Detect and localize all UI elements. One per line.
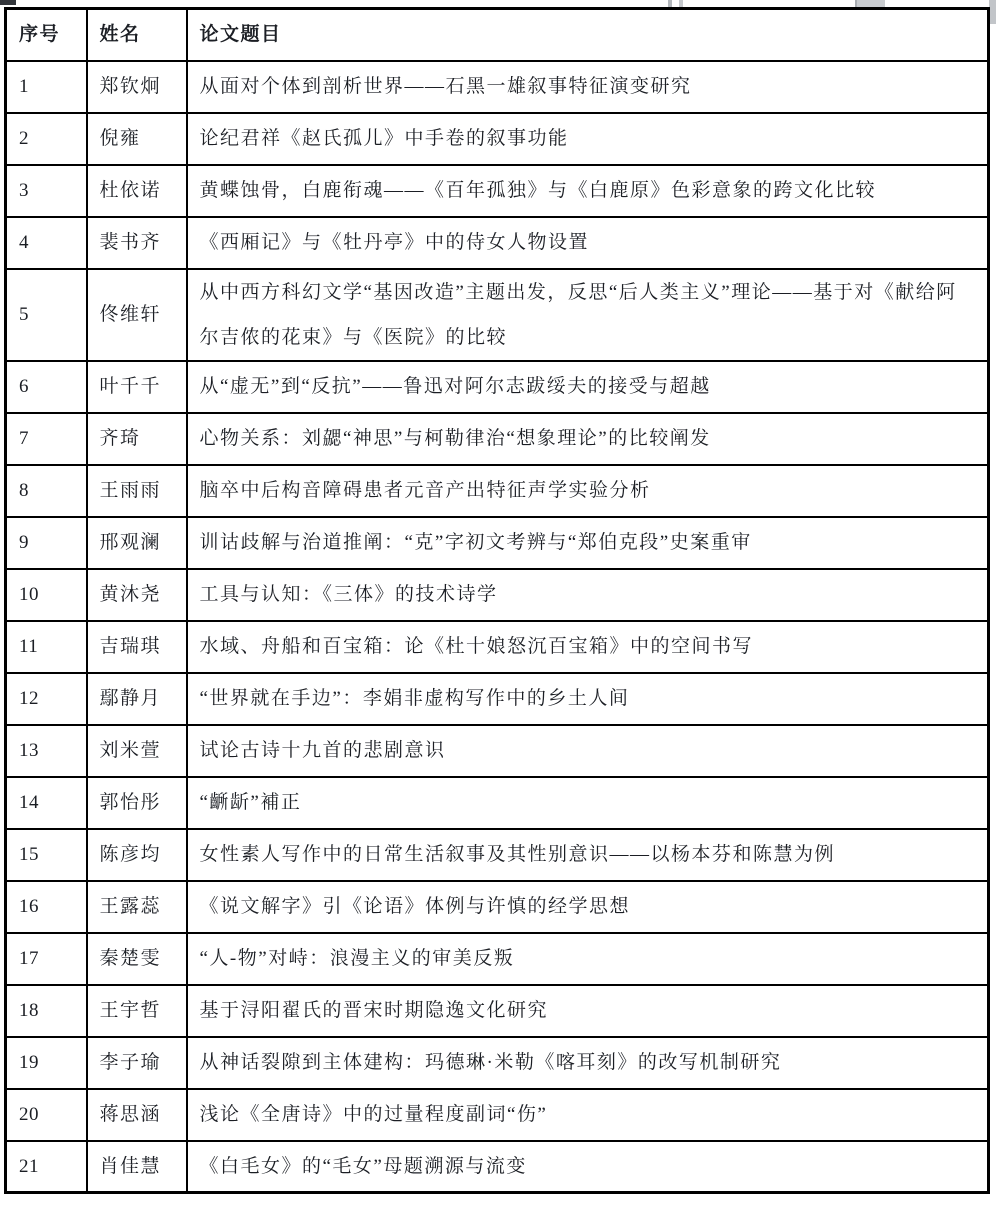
crop-artifact-topleft	[0, 0, 16, 5]
table-row: 7 齐琦 心物关系：刘勰“神思”与柯勒律治“想象理论”的比较阐发	[6, 413, 989, 465]
row-index-cell: 13	[6, 725, 87, 777]
table-row: 12 鄢静月 “世界就在手边”：李娟非虚构写作中的乡土人间	[6, 673, 989, 725]
column-header-title: 论文题目	[187, 9, 989, 61]
table-row: 20 蒋思涵 浅论《全唐诗》中的过量程度副词“伤”	[6, 1089, 989, 1141]
document-page: 序号 姓名 论文题目 1 郑钦炯 从面对个体到剖析世界——石黑一雄叙事特征演变研…	[0, 0, 996, 1214]
table-row: 1 郑钦炯 从面对个体到剖析世界——石黑一雄叙事特征演变研究	[6, 61, 989, 113]
row-index-cell: 20	[6, 1089, 87, 1141]
row-name-cell: 倪雍	[87, 113, 187, 165]
row-name-cell: 刘米萱	[87, 725, 187, 777]
row-name-cell: 叶千千	[87, 361, 187, 413]
row-name-cell: 王雨雨	[87, 465, 187, 517]
row-index-cell: 5	[6, 269, 87, 361]
table-row: 8 王雨雨 脑卒中后构音障碍患者元音产出特征声学实验分析	[6, 465, 989, 517]
row-title-cell: 基于浔阳翟氏的晋宋时期隐逸文化研究	[187, 985, 989, 1037]
row-name-cell: 裴书齐	[87, 217, 187, 269]
row-name-cell: 邢观澜	[87, 517, 187, 569]
row-index-cell: 19	[6, 1037, 87, 1089]
row-title-cell: 训诂歧解与治道推阐：“克”字初文考辨与“郑伯克段”史案重审	[187, 517, 989, 569]
row-index-cell: 16	[6, 881, 87, 933]
thesis-title-table: 序号 姓名 论文题目 1 郑钦炯 从面对个体到剖析世界——石黑一雄叙事特征演变研…	[4, 7, 990, 1194]
table-row: 9 邢观澜 训诂歧解与治道推阐：“克”字初文考辨与“郑伯克段”史案重审	[6, 517, 989, 569]
table-row: 13 刘米萱 试论古诗十九首的悲剧意识	[6, 725, 989, 777]
row-title-cell: “齭龂”補正	[187, 777, 989, 829]
table-row: 18 王宇哲 基于浔阳翟氏的晋宋时期隐逸文化研究	[6, 985, 989, 1037]
table-row: 11 吉瑞琪 水域、舟船和百宝箱：论《杜十娘怒沉百宝箱》中的空间书写	[6, 621, 989, 673]
row-name-cell: 郑钦炯	[87, 61, 187, 113]
row-title-cell: 《说文解字》引《论语》体例与许慎的经学思想	[187, 881, 989, 933]
row-name-cell: 杜依诺	[87, 165, 187, 217]
row-title-cell: 从“虚无”到“反抗”——鲁迅对阿尔志跋绥夫的接受与超越	[187, 361, 989, 413]
row-name-cell: 秦楚雯	[87, 933, 187, 985]
table-row: 19 李子瑜 从神话裂隙到主体建构：玛德琳·米勒《喀耳刻》的改写机制研究	[6, 1037, 989, 1089]
table-row: 6 叶千千 从“虚无”到“反抗”——鲁迅对阿尔志跋绥夫的接受与超越	[6, 361, 989, 413]
row-index-cell: 9	[6, 517, 87, 569]
table-row: 15 陈彦均 女性素人写作中的日常生活叙事及其性别意识——以杨本芬和陈慧为例	[6, 829, 989, 881]
row-title-cell: 试论古诗十九首的悲剧意识	[187, 725, 989, 777]
row-index-cell: 3	[6, 165, 87, 217]
table-row: 16 王露蕊 《说文解字》引《论语》体例与许慎的经学思想	[6, 881, 989, 933]
row-title-cell: “人-物”对峙：浪漫主义的审美反叛	[187, 933, 989, 985]
row-title-cell: 女性素人写作中的日常生活叙事及其性别意识——以杨本芬和陈慧为例	[187, 829, 989, 881]
table-row: 5 佟维轩 从中西方科幻文学“基因改造”主题出发，反思“后人类主义”理论——基于…	[6, 269, 989, 361]
row-title-cell: 水域、舟船和百宝箱：论《杜十娘怒沉百宝箱》中的空间书写	[187, 621, 989, 673]
row-name-cell: 黄沐尧	[87, 569, 187, 621]
row-index-cell: 12	[6, 673, 87, 725]
row-name-cell: 陈彦均	[87, 829, 187, 881]
row-name-cell: 蒋思涵	[87, 1089, 187, 1141]
row-name-cell: 齐琦	[87, 413, 187, 465]
table-header-row: 序号 姓名 论文题目	[6, 9, 989, 61]
row-name-cell: 李子瑜	[87, 1037, 187, 1089]
table-row: 17 秦楚雯 “人-物”对峙：浪漫主义的审美反叛	[6, 933, 989, 985]
table-row: 2 倪雍 论纪君祥《赵氏孤儿》中手卷的叙事功能	[6, 113, 989, 165]
crop-artifact-right	[989, 0, 996, 24]
row-name-cell: 郭怡彤	[87, 777, 187, 829]
row-title-cell: 论纪君祥《赵氏孤儿》中手卷的叙事功能	[187, 113, 989, 165]
row-index-cell: 15	[6, 829, 87, 881]
table-row: 4 裴书齐 《西厢记》与《牡丹亭》中的侍女人物设置	[6, 217, 989, 269]
row-index-cell: 4	[6, 217, 87, 269]
row-index-cell: 7	[6, 413, 87, 465]
column-header-index: 序号	[6, 9, 87, 61]
row-index-cell: 18	[6, 985, 87, 1037]
row-title-cell: 《白毛女》的“毛女”母题溯源与流变	[187, 1141, 989, 1193]
row-name-cell: 王露蕊	[87, 881, 187, 933]
row-index-cell: 10	[6, 569, 87, 621]
row-name-cell: 肖佳慧	[87, 1141, 187, 1193]
table-row: 3 杜依诺 黄蝶蚀骨，白鹿衔魂——《百年孤独》与《白鹿原》色彩意象的跨文化比较	[6, 165, 989, 217]
row-title-cell: 脑卒中后构音障碍患者元音产出特征声学实验分析	[187, 465, 989, 517]
row-name-cell: 鄢静月	[87, 673, 187, 725]
row-index-cell: 21	[6, 1141, 87, 1193]
row-index-cell: 1	[6, 61, 87, 113]
row-title-cell: 从神话裂隙到主体建构：玛德琳·米勒《喀耳刻》的改写机制研究	[187, 1037, 989, 1089]
table-row: 21 肖佳慧 《白毛女》的“毛女”母题溯源与流变	[6, 1141, 989, 1193]
row-name-cell: 王宇哲	[87, 985, 187, 1037]
table-row: 14 郭怡彤 “齭龂”補正	[6, 777, 989, 829]
row-title-cell: 黄蝶蚀骨，白鹿衔魂——《百年孤独》与《白鹿原》色彩意象的跨文化比较	[187, 165, 989, 217]
row-title-cell: 从中西方科幻文学“基因改造”主题出发，反思“后人类主义”理论——基于对《献给阿尔…	[187, 269, 989, 361]
column-header-name: 姓名	[87, 9, 187, 61]
row-index-cell: 2	[6, 113, 87, 165]
row-index-cell: 14	[6, 777, 87, 829]
row-title-cell: 心物关系：刘勰“神思”与柯勒律治“想象理论”的比较阐发	[187, 413, 989, 465]
row-title-cell: 《西厢记》与《牡丹亭》中的侍女人物设置	[187, 217, 989, 269]
row-index-cell: 11	[6, 621, 87, 673]
row-name-cell: 佟维轩	[87, 269, 187, 361]
row-index-cell: 6	[6, 361, 87, 413]
table-row: 10 黄沐尧 工具与认知：《三体》的技术诗学	[6, 569, 989, 621]
row-title-cell: 工具与认知：《三体》的技术诗学	[187, 569, 989, 621]
row-title-cell: “世界就在手边”：李娟非虚构写作中的乡土人间	[187, 673, 989, 725]
row-index-cell: 17	[6, 933, 87, 985]
row-name-cell: 吉瑞琪	[87, 621, 187, 673]
row-title-cell: 从面对个体到剖析世界——石黑一雄叙事特征演变研究	[187, 61, 989, 113]
row-index-cell: 8	[6, 465, 87, 517]
row-title-cell: 浅论《全唐诗》中的过量程度副词“伤”	[187, 1089, 989, 1141]
table-body: 1 郑钦炯 从面对个体到剖析世界——石黑一雄叙事特征演变研究 2 倪雍 论纪君祥…	[6, 61, 989, 1193]
